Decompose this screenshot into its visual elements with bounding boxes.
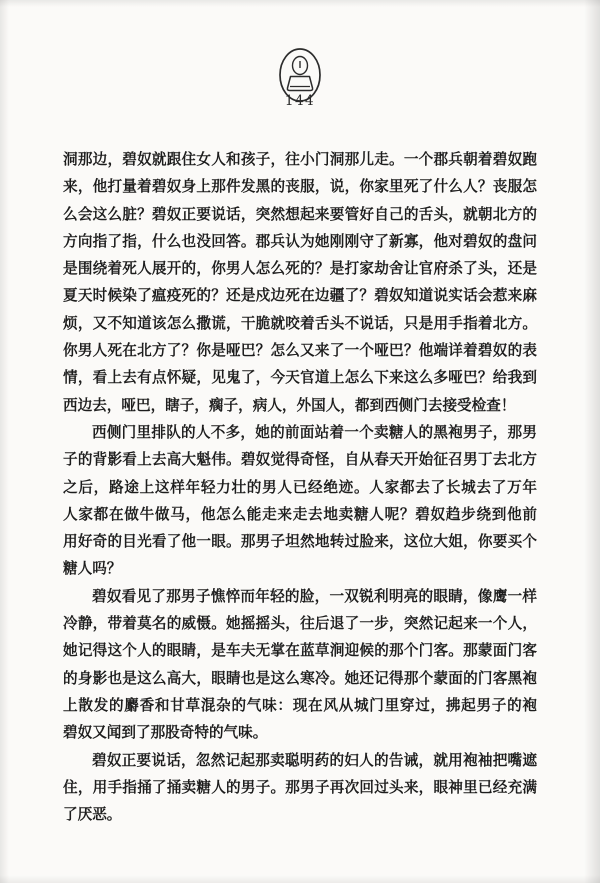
paragraph: 西侧门里排队的人不多，她的前面站着一个卖糖人的黑袍男子，那男子的背影看上去高大魁… <box>63 419 537 583</box>
text-line: 西边去，哑巴，瞎子，瘸子，病人，外国人，都到西侧门去接受检查！ <box>63 392 537 419</box>
text-line: 西侧门里排队的人不多，她的前面站着一个卖糖人的黑袍男子，那男 <box>63 419 537 446</box>
text-line: 糖人吗？ <box>63 555 537 582</box>
text-line: 了厌恶。 <box>63 801 537 828</box>
text-line: 之后，路途上这样年轻力壮的男人已经绝迹。人家都去了长城去了万年宫， <box>63 474 537 501</box>
text-line: 洞那边，碧奴就跟住女人和孩子，往小门洞那儿走。一个郡兵朝着碧奴跑 <box>63 146 537 173</box>
text-line: 么会这么脏？碧奴正要说话，突然想起来要管好自己的舌头，就朝北方的 <box>63 201 537 228</box>
text-line: 夏天时候染了瘟疫死的？还是戍边死在边疆了？碧奴知道说实话会惹来麻 <box>63 282 537 309</box>
text-line: 碧奴正要说话，忽然记起那卖聪明药的妇人的告诫，就用袍袖把嘴遮 <box>63 747 537 774</box>
book-page: 144 洞那边，碧奴就跟住女人和孩子，往小门洞那儿走。一个郡兵朝着碧奴跑来，他打… <box>0 0 600 883</box>
text-line: 她记得这个人的眼睛，是车夫无掌在蓝草涧迎候的那个门客。那蒙面门客 <box>63 637 537 664</box>
text-line: 人家都在做牛做马，他怎么能走来走去地卖糖人呢？碧奴趋步绕到他前面， <box>63 501 537 528</box>
text-line: 你男人死在北方了？你是哑巴？怎么又来了一个哑巴？他端详着碧奴的表 <box>63 337 537 364</box>
text-line: 碧奴又闻到了那股奇特的气味。 <box>63 719 537 746</box>
text-line: 是围绕着死人展开的，你男人怎么死的？是打家劫舍让官府杀了头，还是 <box>63 255 537 282</box>
page-number: 144 <box>0 93 600 109</box>
text-line: 情，看上去有点怀疑，见鬼了，今天官道上怎么下来这么多哑巴？给我到 <box>63 364 537 391</box>
paragraph: 碧奴正要说话，忽然记起那卖聪明药的妇人的告诫，就用袍袖把嘴遮住，用手指捅了捅卖糖… <box>63 747 537 829</box>
text-line: 上散发的麝香和甘草混杂的气味：现在风从城门里穿过，拂起男子的袍角， <box>63 692 537 719</box>
text-line: 冷静，带着莫名的威慑。她摇摇头，往后退了一步，突然记起来一个人， <box>63 610 537 637</box>
text-line: 用好奇的目光看了他一眼。那男子坦然地转过脸来，这位大姐，你要买个 <box>63 528 537 555</box>
text-line: 烦，又不知道该怎么撒谎，干脆就咬着舌头不说话，只是用手指着北方。 <box>63 310 537 337</box>
text-line: 来，他打量着碧奴身上那件发黑的丧服，说，你家里死了什么人？丧服怎 <box>63 173 537 200</box>
paragraph: 洞那边，碧奴就跟住女人和孩子，往小门洞那儿走。一个郡兵朝着碧奴跑来，他打量着碧奴… <box>63 146 537 419</box>
text-line: 子的背影看上去高大魁伟。碧奴觉得奇怪，自从春天开始征召男丁去北方 <box>63 446 537 473</box>
text-line: 方向指了指，什么也没回答。郡兵认为她刚刚守了新寡，他对碧奴的盘问 <box>63 228 537 255</box>
text-line: 住，用手指捅了捅卖糖人的男子。那男子再次回过头来，眼神里已经充满 <box>63 774 537 801</box>
text-block: 洞那边，碧奴就跟住女人和孩子，往小门洞那儿走。一个郡兵朝着碧奴跑来，他打量着碧奴… <box>63 146 537 828</box>
text-line: 的身影也是这么高大，眼睛也是这么寒冷。她还记得那个蒙面的门客黑袍 <box>63 665 537 692</box>
paragraph: 碧奴看见了那男子憔悴而年轻的脸，一双锐利明亮的眼睛，像鹰一样冷静，带着莫名的威慑… <box>63 583 537 747</box>
text-line: 碧奴看见了那男子憔悴而年轻的脸，一双锐利明亮的眼睛，像鹰一样 <box>63 583 537 610</box>
